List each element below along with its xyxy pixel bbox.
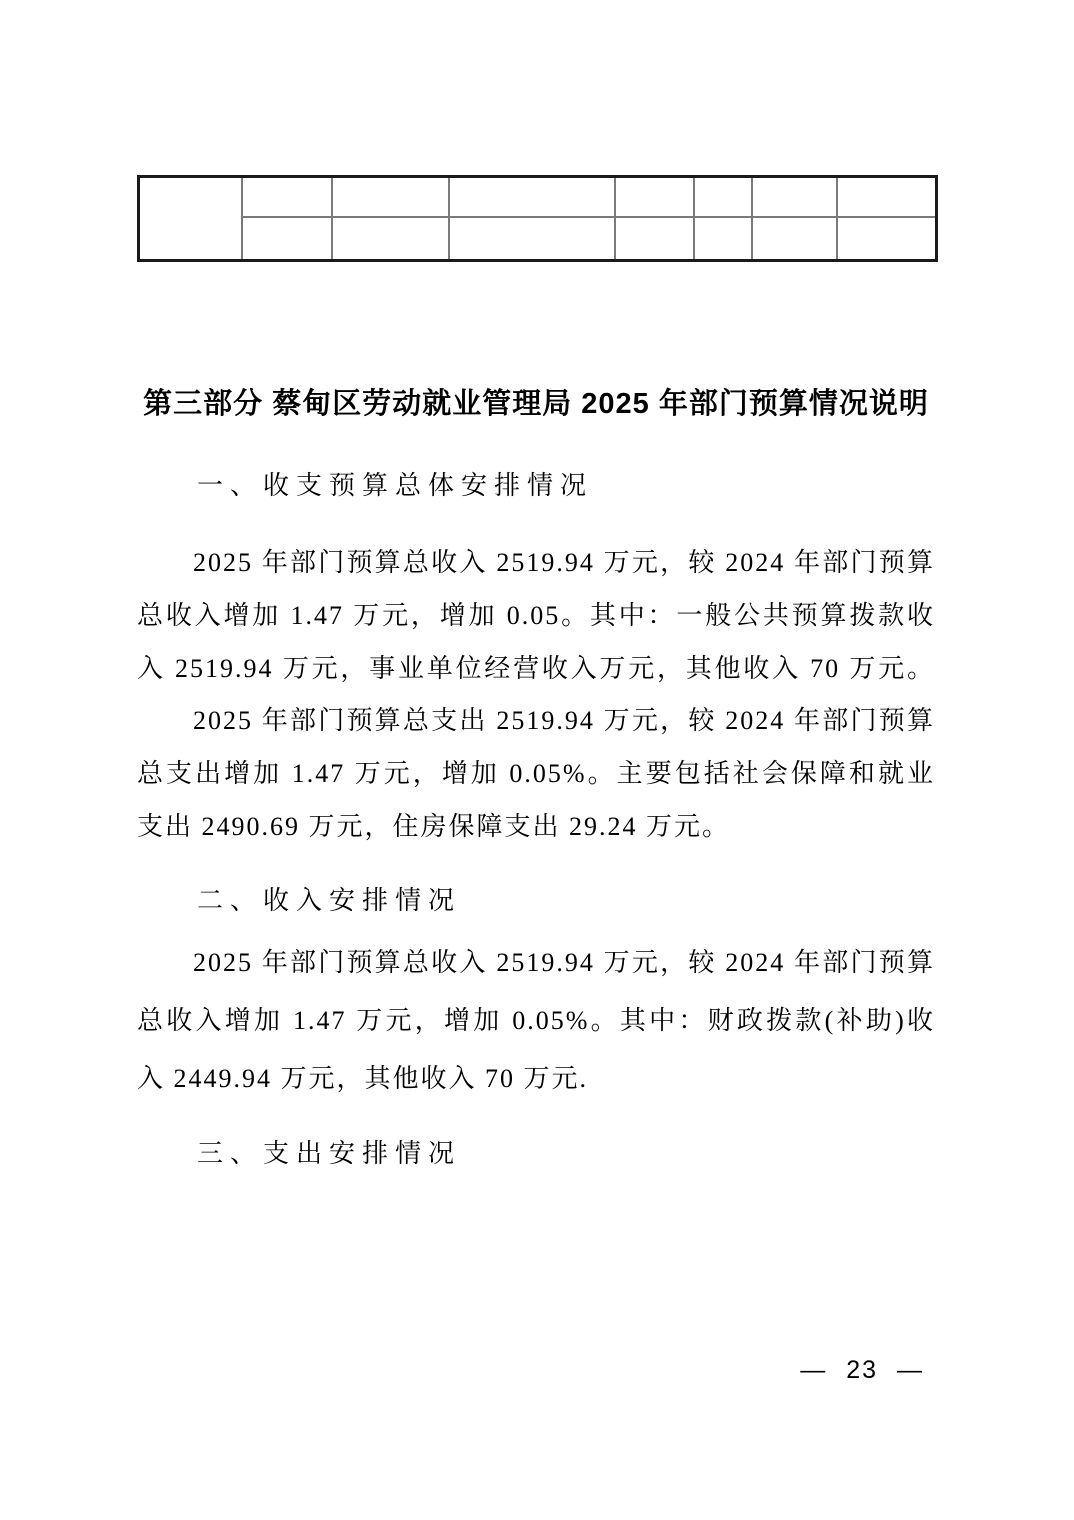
section-heading-1: 一、收支预算总体安排情况 [137,465,935,502]
paragraph-line: 总支出增加 1.47 万元，增加 0.05%。主要包括社会保障和就业 [137,759,935,812]
table-cell [615,177,694,217]
table-cell [694,177,752,217]
section-heading-2: 二、收入安排情况 [137,880,935,917]
section-heading-3: 三、支出安排情况 [137,1133,935,1170]
paragraph-line: 2025 年部门预算总收入 2519.94 万元，较 2024 年部门预算 [137,548,935,601]
paragraph-3: 2025 年部门预算总收入 2519.94 万元，较 2024 年部门预算 总收… [137,948,935,1122]
document-page: 第三部分 蔡甸区劳动就业管理局 2025 年部门预算情况说明 一、收支预算总体安… [0,0,1074,1520]
table-cell [615,217,694,261]
paragraph-line: 2025 年部门预算总支出 2519.94 万元，较 2024 年部门预算 [137,706,935,759]
table-cell [139,177,242,261]
paragraph-line: 入 2449.94 万元，其他收入 70 万元. [137,1064,935,1122]
document-heading: 第三部分 蔡甸区劳动就业管理局 2025 年部门预算情况说明 [137,381,935,422]
paragraph-line: 支出 2490.69 万元，住房保障支出 29.24 万元。 [137,812,935,865]
table-cell [449,177,615,217]
table-cell [694,217,752,261]
table-cell [242,177,332,217]
paragraph-line: 总收入增加 1.47 万元，增加 0.05%。其中：财政拨款(补助)收 [137,1006,935,1064]
table-cell [242,217,332,261]
paragraph-1: 2025 年部门预算总收入 2519.94 万元，较 2024 年部门预算 总收… [137,548,935,707]
paragraph-line: 入 2519.94 万元，事业单位经营收入万元，其他收入 70 万元。 [137,654,935,707]
table-cell [837,217,937,261]
empty-table [137,175,938,262]
table-cell [752,217,837,261]
paragraph-2: 2025 年部门预算总支出 2519.94 万元，较 2024 年部门预算 总支… [137,706,935,865]
paragraph-line: 总收入增加 1.47 万元，增加 0.05。其中：一般公共预算拨款收 [137,601,935,654]
table-cell [332,217,449,261]
table-cell [332,177,449,217]
table-cell [449,217,615,261]
table-cell [752,177,837,217]
paragraph-line: 2025 年部门预算总收入 2519.94 万元，较 2024 年部门预算 [137,948,935,1006]
table-cell [837,177,937,217]
page-number: — 23 — [800,1356,924,1385]
